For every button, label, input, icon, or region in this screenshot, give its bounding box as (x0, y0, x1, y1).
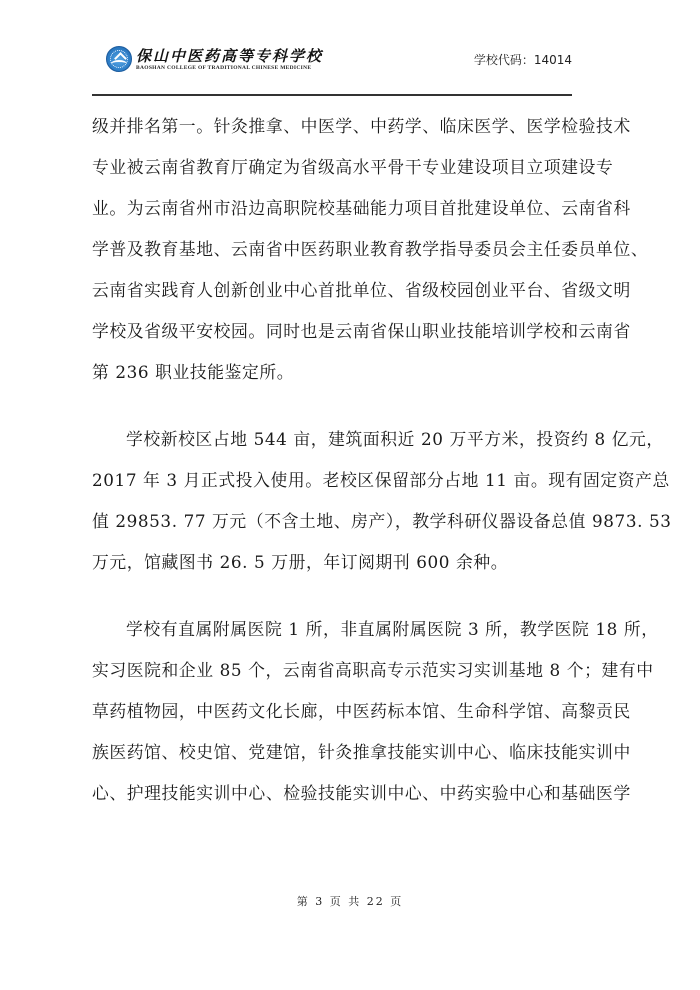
text-line: 云南省实践育人创新创业中心首批单位、省级校园创业平台、省级文明 (92, 270, 598, 311)
text-line: 学普及教育基地、云南省中医药职业教育教学指导委员会主任委员单位、 (92, 229, 598, 270)
page-header: 保山中医药高等专科学校 BAOSHAN COLLEGE OF TRADITION… (92, 40, 572, 96)
school-name-english: BAOSHAN COLLEGE OF TRADITIONAL CHINESE M… (136, 65, 311, 71)
school-name-chinese: 保山中医药高等专科学校 (136, 45, 323, 66)
school-emblem-icon (106, 46, 132, 72)
paragraph-gap (92, 583, 598, 609)
text-line: 万元，馆藏图书 26. 5 万册，年订阅期刊 600 余种。 (92, 542, 598, 583)
text-line: 学校及省级平安校园。同时也是云南省保山职业技能培训学校和云南省 (92, 311, 598, 352)
text-line: 专业被云南省教育厅确定为省级高水平骨干专业建设项目立项建设专 (92, 147, 598, 188)
text-line: 2017 年 3 月正式投入使用。老校区保留部分占地 11 亩。现有固定资产总 (92, 460, 598, 501)
document-body: 级并排名第一。针灸推拿、中医学、中药学、临床医学、医学检验技术 专业被云南省教育… (92, 106, 598, 814)
text-line: 第 236 职业技能鉴定所。 (92, 352, 598, 393)
paragraph: 学校新校区占地 544 亩，建筑面积近 20 万平方米，投资约 8 亿元， 20… (92, 419, 598, 583)
text-line: 族医药馆、校史馆、党建馆，针灸推拿技能实训中心、临床技能实训中 (92, 732, 598, 773)
paragraph: 级并排名第一。针灸推拿、中医学、中药学、临床医学、医学检验技术 专业被云南省教育… (92, 106, 598, 393)
text-line: 级并排名第一。针灸推拿、中医学、中药学、临床医学、医学检验技术 (92, 106, 598, 147)
text-line: 学校有直属附属医院 1 所，非直属附属医院 3 所，教学医院 18 所， (92, 609, 598, 650)
header-divider (92, 94, 572, 96)
page-number: 第 3 页 共 22 页 (0, 893, 700, 909)
text-line: 业。为云南省州市沿边高职院校基础能力项目首批建设单位、云南省科 (92, 188, 598, 229)
paragraph-gap (92, 393, 598, 419)
emblem-wave (111, 60, 127, 68)
text-line: 学校新校区占地 544 亩，建筑面积近 20 万平方米，投资约 8 亿元， (92, 419, 598, 460)
text-line: 值 29853. 77 万元（不含土地、房产），教学科研仪器设备总值 9873.… (92, 501, 598, 542)
text-line: 实习医院和企业 85 个，云南省高职高专示范实习实训基地 8 个；建有中 (92, 650, 598, 691)
text-line: 心、护理技能实训中心、检验技能实训中心、中药实验中心和基础医学 (92, 773, 598, 814)
paragraph: 学校有直属附属医院 1 所，非直属附属医院 3 所，教学医院 18 所， 实习医… (92, 609, 598, 814)
school-code: 学校代码：14014 (474, 51, 572, 68)
text-line: 草药植物园，中医药文化长廊，中医药标本馆、生命科学馆、高黎贡民 (92, 691, 598, 732)
